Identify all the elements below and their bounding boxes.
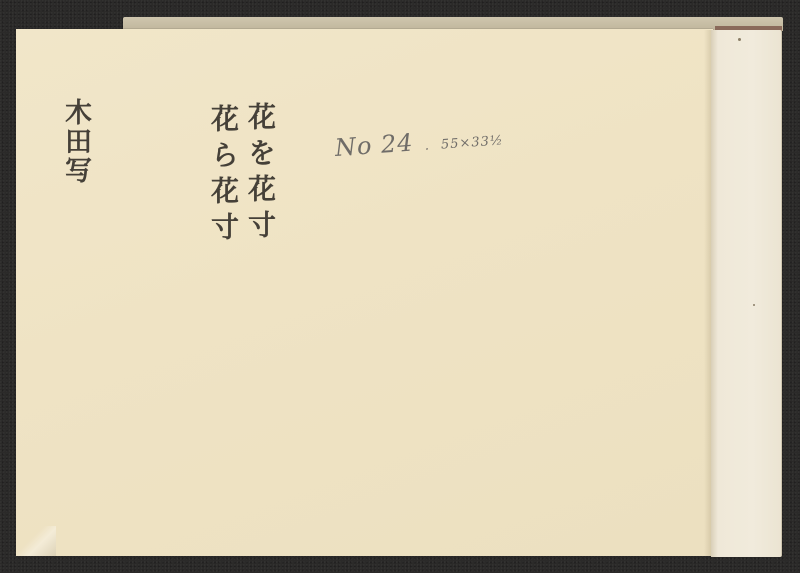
- calligraphy-inscription-left: 花ら花寸: [203, 104, 243, 248]
- front-cover: [16, 29, 713, 556]
- spine-stain: [753, 304, 755, 306]
- spine-stain: [738, 38, 741, 41]
- dimensions: 55×33½: [440, 133, 503, 152]
- catalog-number: No 24: [334, 129, 414, 162]
- spine-flap: [711, 30, 782, 557]
- separator: .: [424, 138, 430, 153]
- calligraphy-inscription-right: 花を花寸: [240, 102, 280, 246]
- calligraphy-name-column: 木田写: [56, 98, 95, 185]
